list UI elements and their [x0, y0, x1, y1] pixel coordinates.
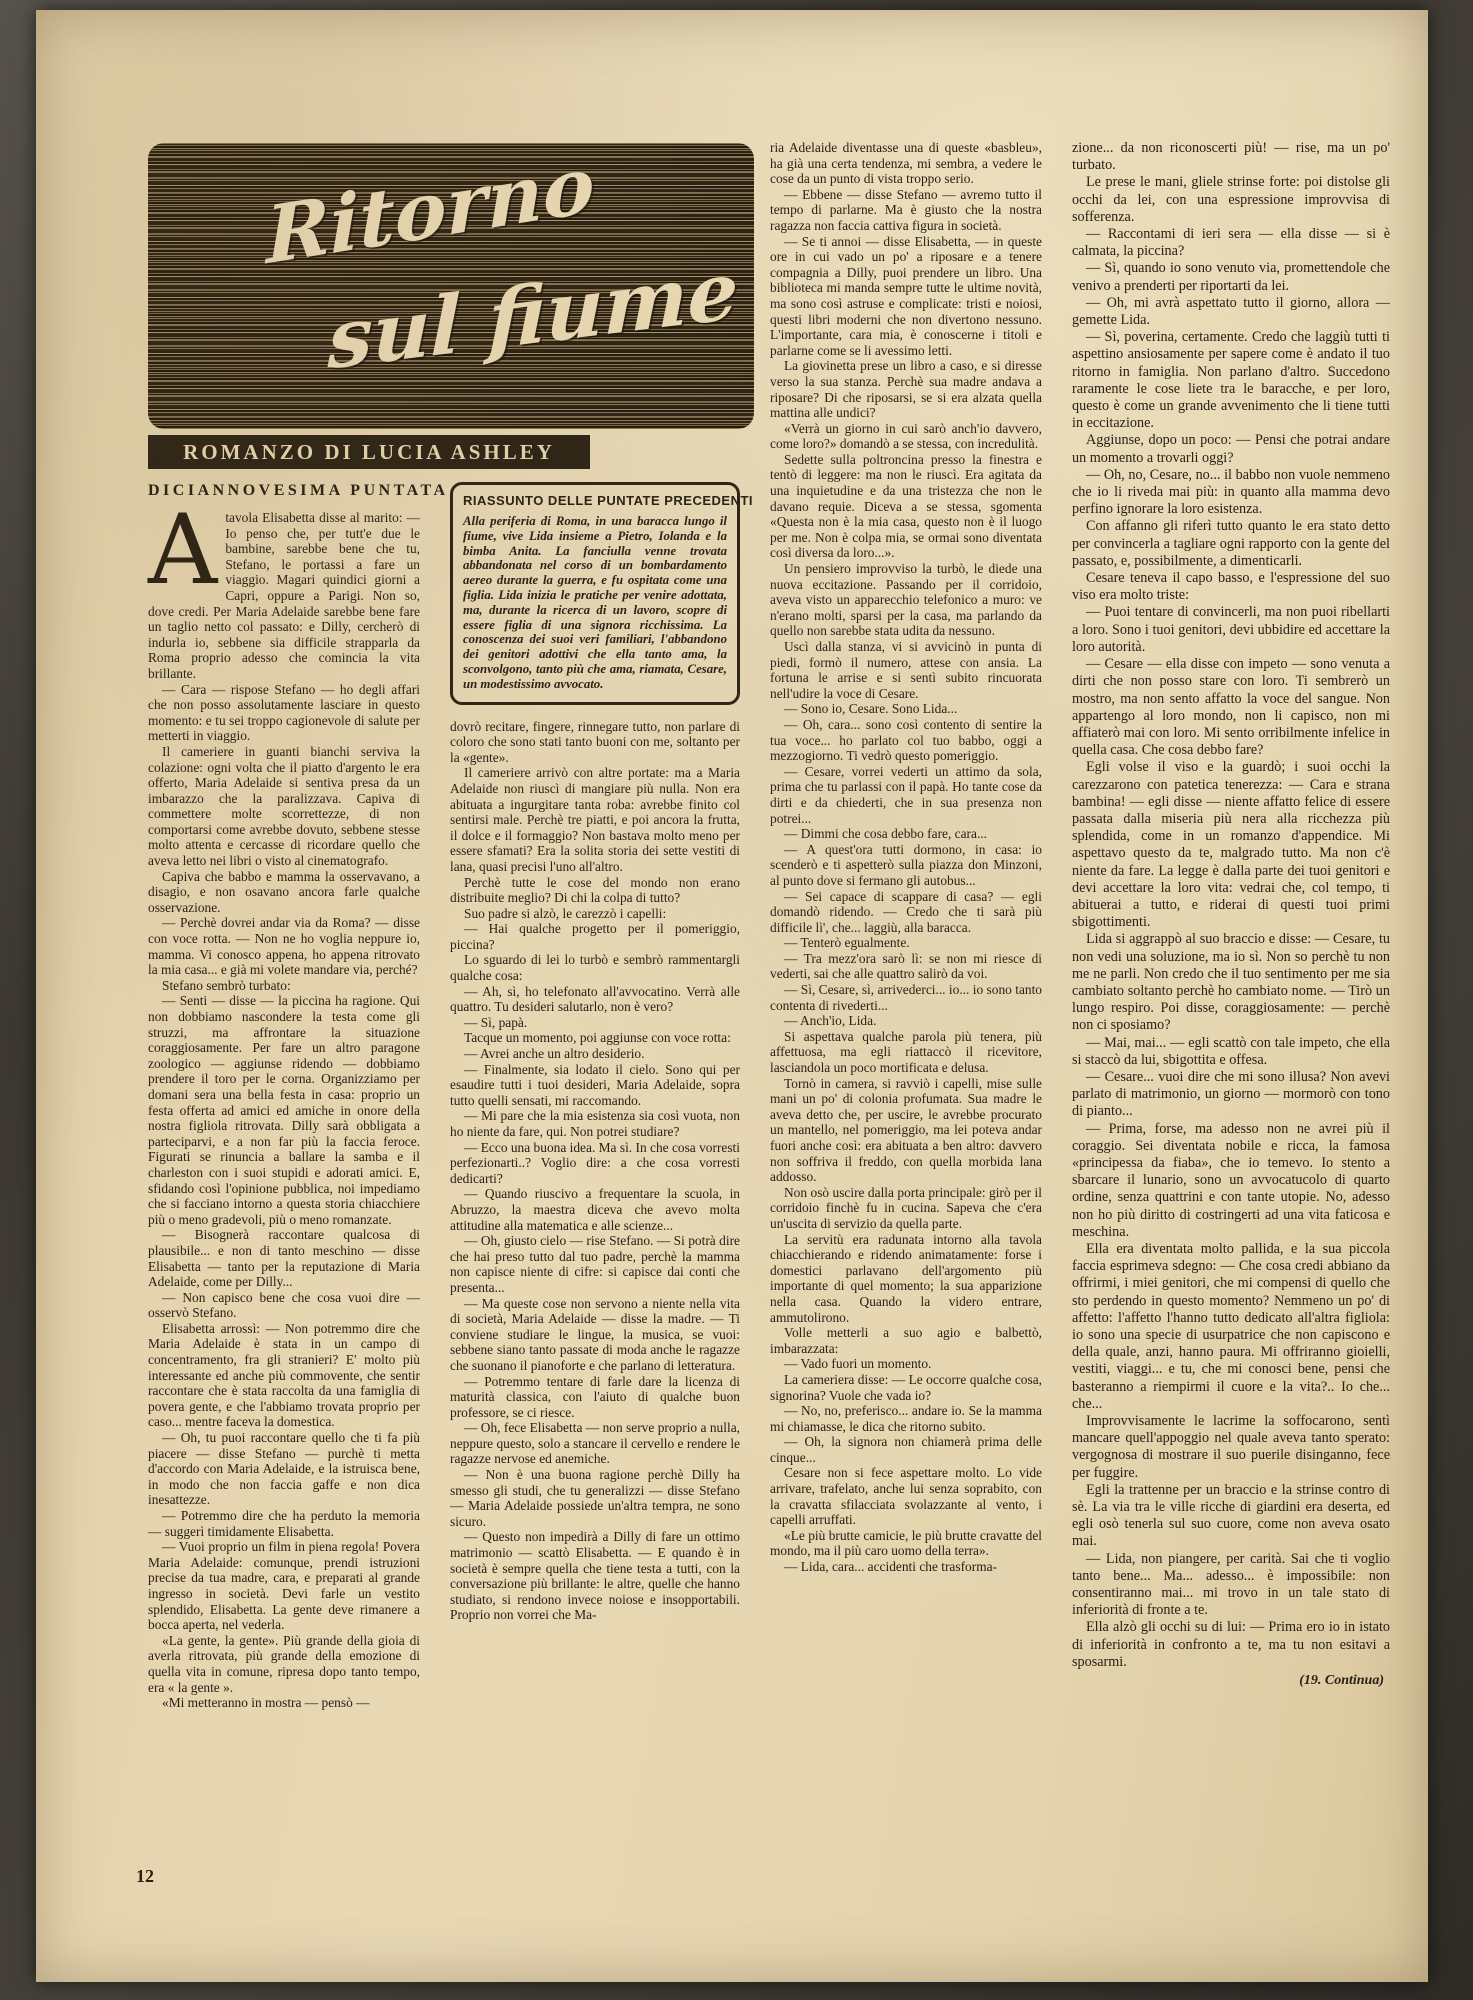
paragraph: — Oh, mi avrà aspettato tutto il giorno,…	[1072, 295, 1390, 329]
paragraph: — Mi pare che la mia esistenza sia così …	[450, 1108, 740, 1139]
paragraph: Aggiunse, dopo un poco: — Pensi che potr…	[1072, 432, 1390, 466]
paragraph: «Mi metteranno in mostra — pensò —	[148, 1695, 420, 1711]
paragraph: dovrò recitare, fingere, rinnegare tutto…	[450, 719, 740, 766]
paragraph: — Perchè dovrei andar via da Roma? — dis…	[148, 915, 420, 977]
paragraph: — Oh, tu puoi raccontare quello che ti f…	[148, 1430, 420, 1508]
paragraph: — Bisognerà raccontare qualcosa di plaus…	[148, 1227, 420, 1289]
column-1: DICIANNOVESIMA PUNTATA Atavola Elisabett…	[148, 140, 420, 1711]
paragraph: — Senti — disse — la piccina ha ragione.…	[148, 993, 420, 1227]
paragraph: — Potremmo tentare di farle dare la lice…	[450, 1374, 740, 1421]
paragraph: — Tenterò egualmente.	[770, 935, 1042, 951]
paragraph: — Mai, mai... — egli scattò con tale imp…	[1072, 1035, 1390, 1069]
to-be-continued-note: (19. Continua)	[1072, 1673, 1390, 1689]
paragraph: Tornò in camera, si ravviò i capelli, mi…	[770, 1076, 1042, 1185]
paragraph: — Tra mezz'ora sarò lì: se non mi riesce…	[770, 951, 1042, 982]
paragraph: — Cesare — ella disse con impeto — sono …	[1072, 656, 1390, 759]
paragraph: — Sì, poverina, certamente. Credo che la…	[1072, 329, 1390, 432]
paragraph: Non osò uscire dalla porta principale: g…	[770, 1185, 1042, 1232]
paragraph: Si aspettava qualche parola più tenera, …	[770, 1029, 1042, 1076]
paragraph: — Puoi tentare di convincerli, ma non pu…	[1072, 604, 1390, 656]
paragraph: — No, no, preferisco... andare io. Se la…	[770, 1403, 1042, 1434]
paragraph: — Sì, Cesare, sì, arrivederci... io... i…	[770, 982, 1042, 1013]
article-columns: DICIANNOVESIMA PUNTATA Atavola Elisabett…	[148, 140, 1392, 1711]
paragraph: Uscì dalla stanza, vi si avvicinò in pun…	[770, 639, 1042, 701]
paragraph: — Prima, forse, ma adesso non ne avrei p…	[1072, 1121, 1390, 1241]
paragraph: — Lida, non piangere, per carità. Sai ch…	[1072, 1551, 1390, 1620]
paragraph: Perchè tutte le cose del mondo non erano…	[450, 875, 740, 906]
paragraph: — Potremmo dire che ha perduto la memori…	[148, 1508, 420, 1539]
paragraph: — Lida, cara... accidenti che trasforma-	[770, 1559, 1042, 1575]
paragraph: — Raccontami di ieri sera — ella disse —…	[1072, 226, 1390, 260]
column-4-paragraphs: zione... da non riconoscerti più! — rise…	[1072, 140, 1390, 1671]
page-number: 12	[136, 1866, 154, 1887]
magazine-paper: Ritorno sul fiume ROMANZO DI LUCIA ASHLE…	[36, 10, 1428, 1982]
paragraph: — Oh, la signora non chiamerà prima dell…	[770, 1434, 1042, 1465]
magazine-page: { "masthead": { "script_title_line1": "R…	[0, 0, 1473, 2000]
paragraph: Egli la trattenne per un braccio e la st…	[1072, 1482, 1390, 1551]
summary-box-text: Alla periferia di Roma, in una baracca l…	[463, 514, 727, 692]
paragraph: Suo padre si alzò, le carezzò i capelli:	[450, 906, 740, 922]
paragraph: Capiva che babbo e mamma la osservavano,…	[148, 869, 420, 916]
paragraph: La giovinetta prese un libro a caso, e s…	[770, 358, 1042, 420]
paragraph: «Verrà un giorno in cui sarò anch'io dav…	[770, 421, 1042, 452]
paragraph: Lida si aggrappò al suo braccio e disse:…	[1072, 931, 1390, 1034]
paragraph: — Cesare, vorrei vederti un attimo da so…	[770, 764, 1042, 826]
paragraph: Cesare non si fece aspettare molto. Lo v…	[770, 1465, 1042, 1527]
lead-paragraph: Atavola Elisabetta disse al marito: — Io…	[148, 510, 420, 682]
paragraph: Cesare teneva il capo basso, e l'espress…	[1072, 570, 1390, 604]
paragraph: Ella alzò gli occhi su di lui: — Prima e…	[1072, 1619, 1390, 1671]
paragraph: Ella era diventata molto pallida, e la s…	[1072, 1241, 1390, 1413]
paragraph: — Sì, quando io sono venuto via, promett…	[1072, 260, 1390, 294]
paragraph: Il cameriere arrivò con altre portate: m…	[450, 765, 740, 874]
paragraph: Volle metterli a suo agio e balbettò, im…	[770, 1325, 1042, 1356]
paragraph: — Vuoi proprio un film in piena regola! …	[148, 1539, 420, 1633]
paragraph: — Dimmi che cosa debbo fare, cara...	[770, 826, 1042, 842]
paragraph: Sedette sulla poltroncina presso la fine…	[770, 452, 1042, 561]
paragraph: — Se ti annoi — disse Elisabetta, — in q…	[770, 234, 1042, 359]
paragraph: La cameriera disse: — Le occorre qualche…	[770, 1372, 1042, 1403]
summary-box: RIASSUNTO DELLE PUNTATE PRECEDENTI Alla …	[450, 482, 740, 705]
paragraph: — Finalmente, sia lodato il cielo. Sono …	[450, 1062, 740, 1109]
paragraph: Egli volse il viso e la guardò; i suoi o…	[1072, 759, 1390, 931]
paragraph: — Sei capace di scappare di casa? — egli…	[770, 889, 1042, 936]
paragraph: — Non capisco bene che cosa vuoi dire — …	[148, 1290, 420, 1321]
paragraph: Il cameriere in guanti bianchi serviva l…	[148, 744, 420, 869]
paragraph: La servitù era radunata intorno alla tav…	[770, 1232, 1042, 1326]
paragraph: Stefano sembrò turbato:	[148, 978, 420, 994]
drop-cap-letter: A	[148, 510, 225, 588]
paragraph: — Ecco una buona idea. Ma sì. In che cos…	[450, 1140, 740, 1187]
paragraph: — Ah, sì, ho telefonato all'avvocatino. …	[450, 984, 740, 1015]
paragraph: — Oh, giusto cielo — rise Stefano. — Si …	[450, 1233, 740, 1295]
column-3: ria Adelaide diventasse una di queste «b…	[770, 140, 1042, 1711]
paragraph: — Sì, papà.	[450, 1015, 740, 1031]
paragraph: Un pensiero improvviso la turbò, le died…	[770, 561, 1042, 639]
paragraph: — Cara — rispose Stefano — ho degli affa…	[148, 682, 420, 744]
paragraph: «La gente, la gente». Più grande della g…	[148, 1633, 420, 1695]
chapter-heading: DICIANNOVESIMA PUNTATA	[148, 482, 420, 500]
paragraph: — Anch'io, Lida.	[770, 1013, 1042, 1029]
paragraph: — Quando riuscivo a frequentare la scuol…	[450, 1186, 740, 1233]
column-1-paragraphs: — Cara — rispose Stefano — ho degli affa…	[148, 682, 420, 1711]
paragraph: — Questo non impedirà a Dilly di fare un…	[450, 1529, 740, 1623]
column-4: zione... da non riconoscerti più! — rise…	[1072, 140, 1390, 1711]
paragraph: zione... da non riconoscerti più! — rise…	[1072, 140, 1390, 174]
column-2-paragraphs: dovrò recitare, fingere, rinnegare tutto…	[450, 719, 740, 1623]
paragraph: — Ebbene — disse Stefano — avremo tutto …	[770, 187, 1042, 234]
paragraph: Con affanno gli riferì tutto quanto le e…	[1072, 518, 1390, 570]
paragraph: — Vado fuori un momento.	[770, 1356, 1042, 1372]
paragraph: Le prese le mani, gliele strinse forte: …	[1072, 174, 1390, 226]
paragraph: — Avrei anche un altro desiderio.	[450, 1046, 740, 1062]
paragraph: «Le più brutte camicie, le più brutte cr…	[770, 1528, 1042, 1559]
paragraph: — Oh, cara... sono così contento di sent…	[770, 717, 1042, 764]
paragraph: Tacque un momento, poi aggiunse con voce…	[450, 1030, 740, 1046]
paragraph: — Sono io, Cesare. Sono Lida...	[770, 701, 1042, 717]
paragraph: Improvvisamente le lacrime la soffocaron…	[1072, 1413, 1390, 1482]
paragraph: — Non è una buona ragione perchè Dilly h…	[450, 1467, 740, 1529]
paragraph: — Hai qualche progetto per il pomeriggio…	[450, 921, 740, 952]
paragraph: Elisabetta arrossì: — Non potremmo dire …	[148, 1321, 420, 1430]
paragraph: Lo sguardo di lei lo turbò e sembrò ramm…	[450, 952, 740, 983]
paragraph: — A quest'ora tutti dormono, in casa: io…	[770, 842, 1042, 889]
paragraph: ria Adelaide diventasse una di queste «b…	[770, 140, 1042, 187]
paragraph: — Oh, fece Elisabetta — non serve propri…	[450, 1420, 740, 1467]
paragraph: — Cesare... vuoi dire che mi sono illusa…	[1072, 1069, 1390, 1121]
paragraph: — Oh, no, Cesare, no... il babbo non vuo…	[1072, 467, 1390, 519]
summary-box-title: RIASSUNTO DELLE PUNTATE PRECEDENTI	[463, 493, 727, 508]
paragraph: — Ma queste cose non servono a niente ne…	[450, 1296, 740, 1374]
column-2: RIASSUNTO DELLE PUNTATE PRECEDENTI Alla …	[450, 140, 740, 1711]
